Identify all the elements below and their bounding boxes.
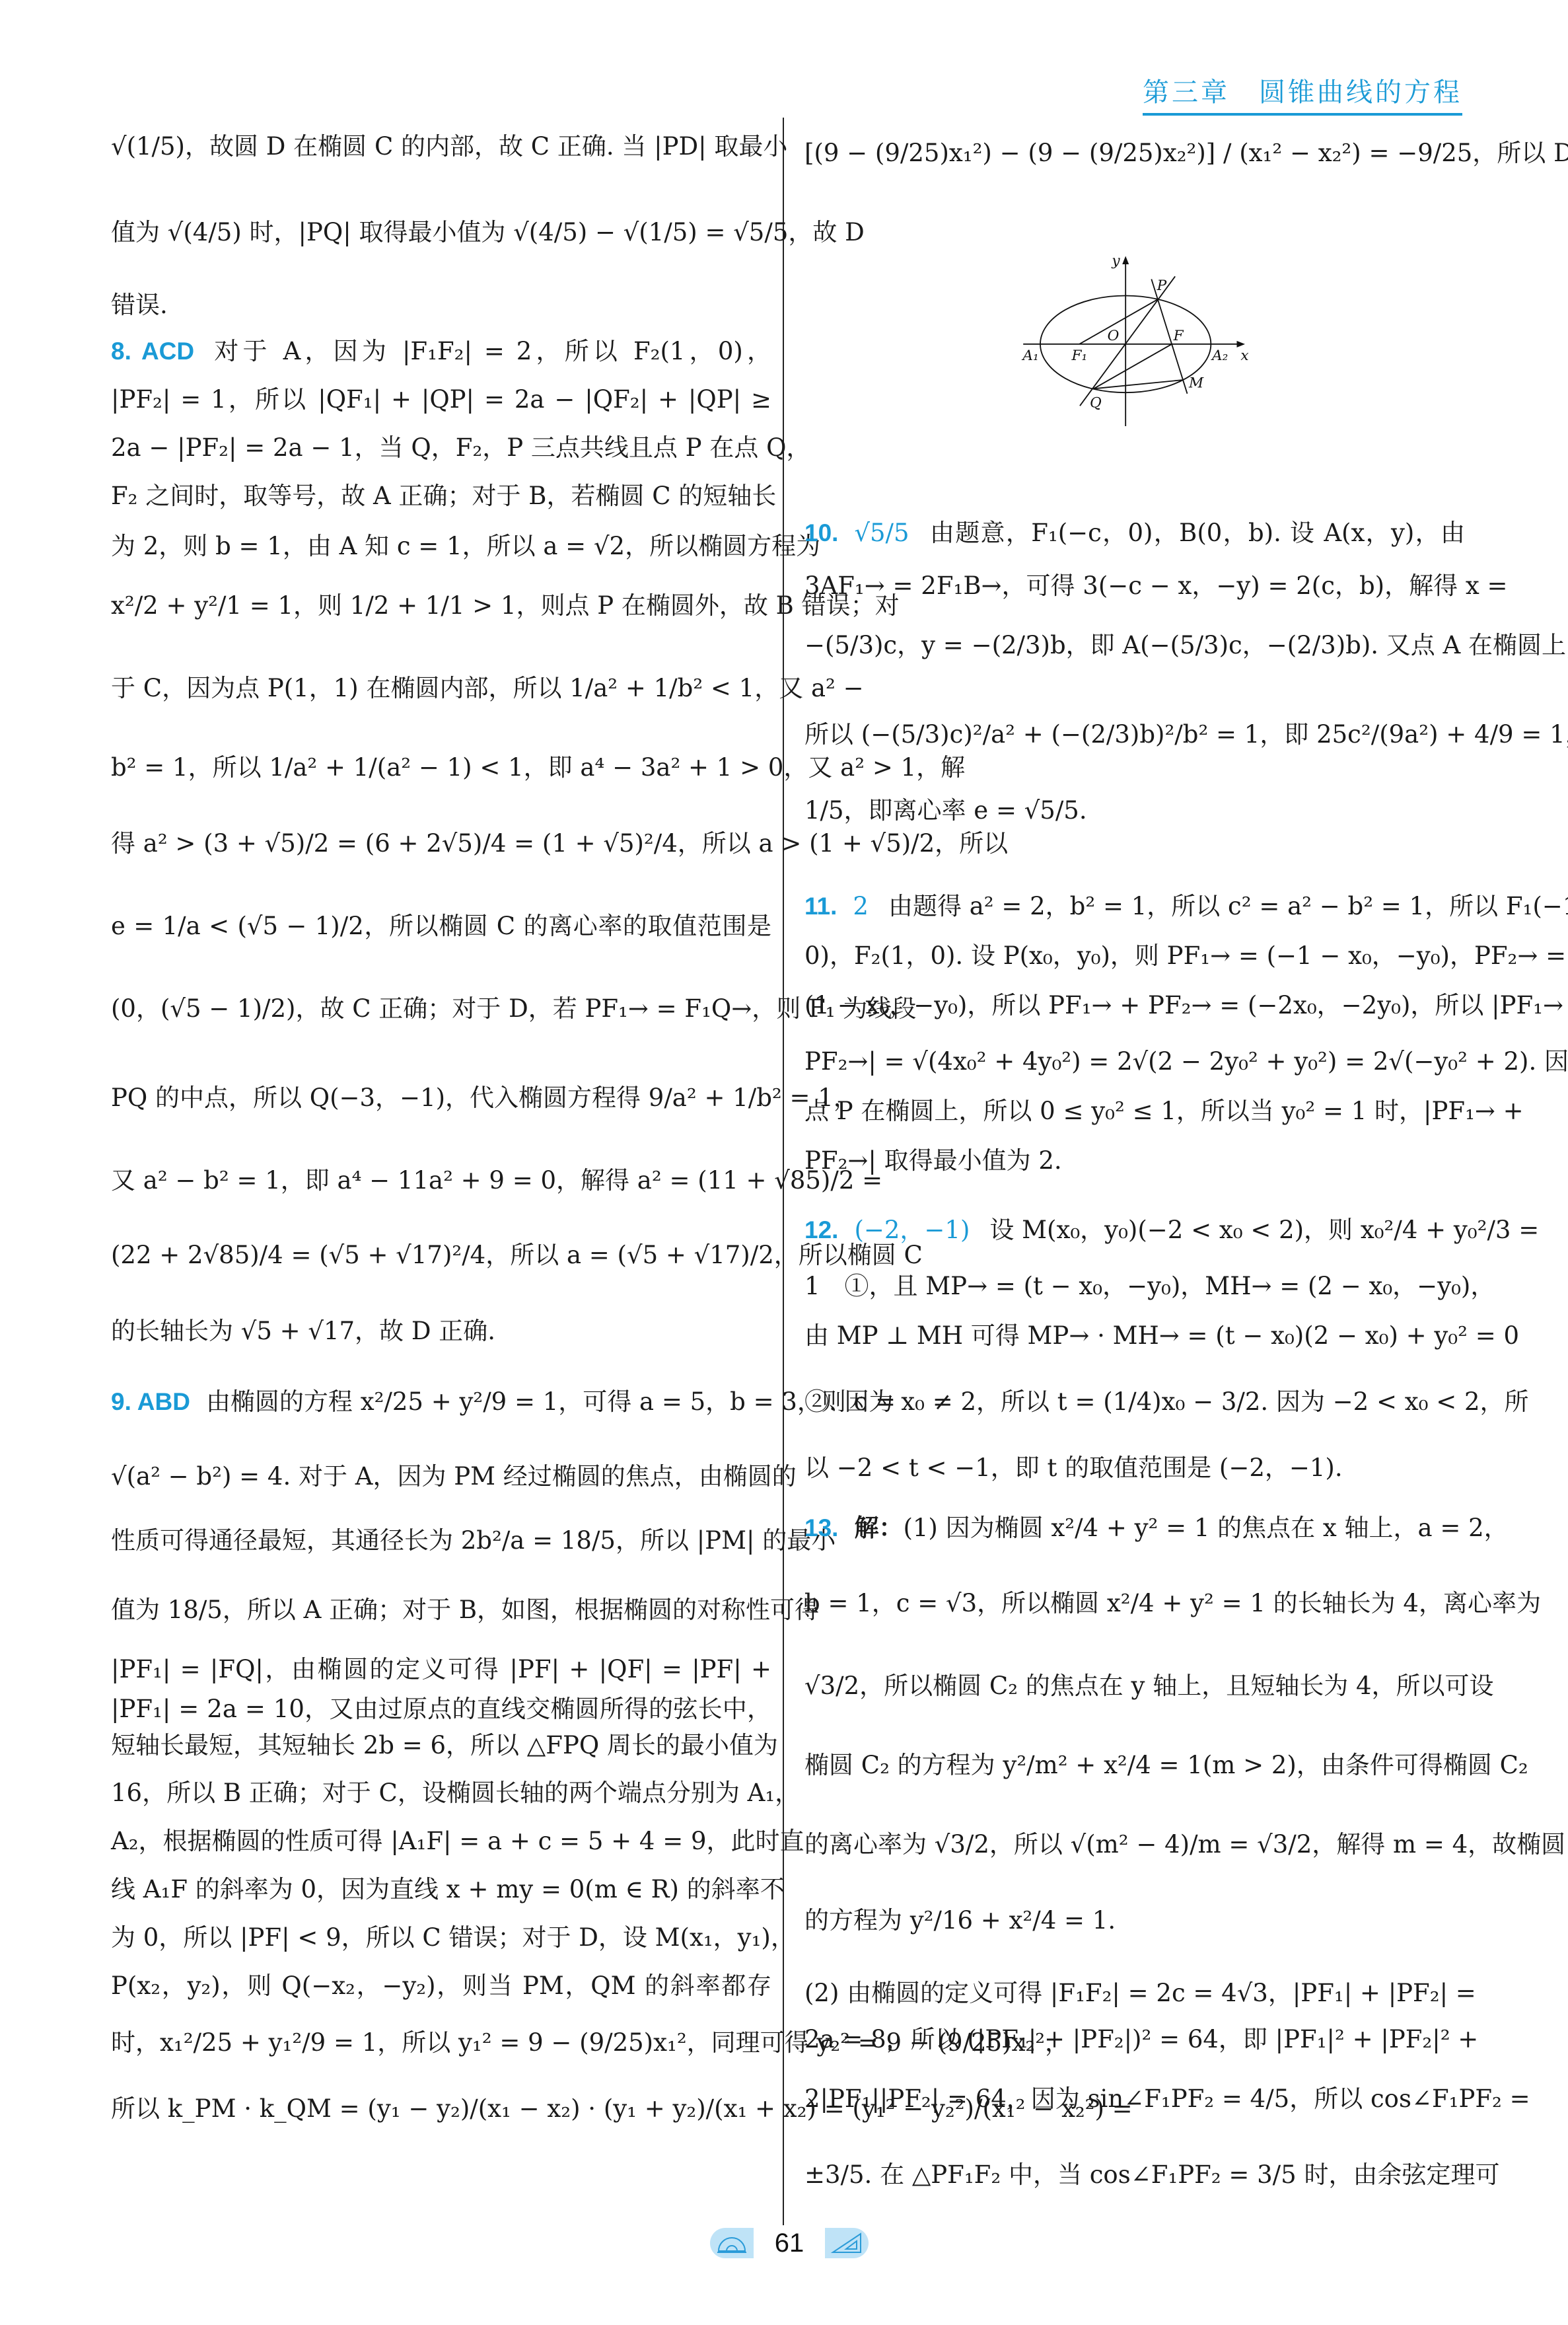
line-text: x²/2 + y²/1 = 1，则 1/2 + 1/1 > 1，则点 P 在椭圆…: [111, 591, 900, 620]
protractor-icon: [710, 2228, 754, 2258]
text-line: 1/5，即离心率 e = √5/5.: [804, 796, 1465, 825]
text-line: b = 1，c = √3，所以椭圆 x²/4 + y² = 1 的长轴长为 4，…: [804, 1589, 1465, 1618]
text-line: 短轴长最短，其短轴长 2b = 6，所以 △FPQ 周长的最小值为: [111, 1731, 771, 1760]
line-text: 0)，F₂(1，0). 设 P(x₀，y₀)，则 PF₁→ = (−1 − x₀…: [804, 941, 1566, 970]
text-line: PQ 的中点，所以 Q(−3，−1)，代入椭圆方程得 9/a² + 1/b² =…: [111, 1084, 771, 1113]
point-p-label: P: [1157, 277, 1167, 294]
text-line: 1 ①，且 MP→ = (t − x₀，−y₀)，MH→ = (2 − x₀，−…: [804, 1272, 1465, 1301]
line-text: 1 ①，且 MP→ = (t − x₀，−y₀)，MH→ = (2 − x₀，−…: [804, 1272, 1495, 1300]
line-text: [(9 − (9/25)x₁²) − (9 − (9/25)x₂²)] / (x…: [804, 139, 1568, 167]
line-text: ②. 因为 x₀ ≠ 2，所以 t = (1/4)x₀ − 3/2. 因为 −2…: [804, 1387, 1529, 1416]
line-text: (1) 因为椭圆 x²/4 + y² = 1 的焦点在 x 轴上，a = 2，: [903, 1514, 1508, 1542]
page-number: 61: [775, 2229, 804, 2258]
line-text: (22 + 2√85)/4 = (√5 + √17)²/4，所以 a = (√5…: [111, 1241, 923, 1269]
line-text: 设 M(x₀，y₀)(−2 < x₀ < 2)，则 x₀²/4 + y₀²/3 …: [989, 1216, 1539, 1244]
text-line: 性质可得通径最短，其通径长为 2b²/a = 18/5，所以 |PM| 的最小: [111, 1526, 771, 1555]
line-text: ±3/5. 在 △PF₁F₂ 中，当 cos∠F₁PF₂ = 3/5 时，由余弦…: [804, 2160, 1499, 2189]
point-m-label: M: [1188, 375, 1204, 392]
text-line: 值为 √(4/5) 时，|PQ| 取得最小值为 √(4/5) − √(1/5) …: [111, 218, 771, 247]
line-text: |PF₂| = 1，所以 |QF₁| + |QP| = 2a − |QF₂| +…: [111, 385, 771, 414]
line-text: 值为 √(4/5) 时，|PQ| 取得最小值为 √(4/5) − √(1/5) …: [111, 218, 865, 246]
text-line: 的长轴长为 √5 + √17，故 D 正确.: [111, 1317, 771, 1346]
text-line: 0)，F₂(1，0). 设 P(x₀，y₀)，则 PF₁→ = (−1 − x₀…: [804, 941, 1465, 971]
text-line: F₂ 之间时，取等号，故 A 正确；对于 B，若椭圆 C 的短轴长: [111, 482, 771, 511]
line-text: (0，(√5 − 1)/2)，故 C 正确；对于 D，若 PF₁→ = F₁Q→…: [111, 994, 916, 1023]
line-text: 为 2，则 b = 1，由 A 知 c = 1，所以 a = √2，所以椭圆方程…: [111, 532, 820, 560]
line-text: 点 P 在椭圆上，所以 0 ≤ y₀² ≤ 1，所以当 y₀² = 1 时，|P…: [804, 1097, 1524, 1125]
text-line: 所以 k_PM · k_QM = (y₁ − y₂)/(x₁ − x₂) · (…: [111, 2094, 771, 2123]
question-line: 9. ABD由椭圆的方程 x²/25 + y²/9 = 1，可得 a = 5，b…: [111, 1387, 771, 1417]
line-text: (1 − x₀，−y₀)，所以 PF₁→ + PF₂→ = (−2x₀，−2y₀…: [804, 991, 1568, 1019]
question-line: 11.2由题得 a² = 2，b² = 1，所以 c² = a² − b² = …: [804, 892, 1465, 921]
text-line: P(x₂，y₂)，则 Q(−x₂，−y₂)，则当 PM，QM 的斜率都存: [111, 1972, 771, 2001]
answer-value: (−2，−1): [854, 1216, 970, 1244]
line-text: |PF₁| = 2a = 10，又由过原点的直线交椭圆所得的弦长中，: [111, 1695, 771, 1723]
question-number: 8. ACD: [111, 338, 194, 365]
line-text: P(x₂，y₂)，则 Q(−x₂，−y₂)，则当 PM，QM 的斜率都存: [111, 1972, 771, 2000]
text-line: √3/2，所以椭圆 C₂ 的焦点在 y 轴上，且短轴长为 4，所以可设: [804, 1672, 1465, 1701]
line-text: (2) 由椭圆的定义可得 |F₁F₂| = 2c = 4√3，|PF₁| + |…: [804, 1979, 1476, 2007]
origin-label: O: [1108, 328, 1120, 344]
question-line: 8. ACD对于 A，因为 |F₁F₂| = 2，所以 F₂(1，0)，: [111, 337, 771, 366]
line-text: √3/2，所以椭圆 C₂ 的焦点在 y 轴上，且短轴长为 4，所以可设: [804, 1672, 1494, 1700]
text-line: 的方程为 y²/16 + x²/4 = 1.: [804, 1906, 1465, 1935]
answer-value: √5/5: [854, 519, 909, 547]
line-text: 的离心率为 √3/2，所以 √(m² − 4)/m = √3/2，解得 m = …: [804, 1830, 1568, 1859]
line-text: 的方程为 y²/16 + x²/4 = 1.: [804, 1906, 1116, 1935]
focus-f1-label: F₁: [1071, 348, 1088, 364]
text-line: −(5/3)c，y = −(2/3)b，即 A(−(5/3)c，−(2/3)b)…: [804, 631, 1465, 660]
text-line: 3AF₁→ = 2F₁B→，可得 3(−c − x，−y) = 2(c，b)，解…: [804, 572, 1465, 601]
line-text: 16，所以 B 正确；对于 C，设椭圆长轴的两个端点分别为 A₁，: [111, 1779, 799, 1807]
text-line: 由 MP ⊥ MH 可得 MP→ · MH→ = (t − x₀)(2 − x₀…: [804, 1321, 1465, 1350]
text-line: 的离心率为 √3/2，所以 √(m² − 4)/m = √3/2，解得 m = …: [804, 1830, 1465, 1859]
text-line: 错误.: [111, 291, 771, 320]
answer-value: 2: [853, 892, 869, 920]
line-text: b² = 1，所以 1/a² + 1/(a² − 1) < 1，即 a⁴ − 3…: [111, 753, 965, 782]
line-text: 2a − |PF₂| = 2a − 1，当 Q，F₂，P 三点共线且点 P 在点…: [111, 433, 810, 462]
text-line: 为 0，所以 |PF| < 9，所以 C 错误；对于 D，设 M(x₁，y₁)，: [111, 1923, 771, 1952]
text-line: 为 2，则 b = 1，由 A 知 c = 1，所以 a = √2，所以椭圆方程…: [111, 532, 771, 561]
question-number: 12.: [804, 1216, 838, 1243]
text-line: |PF₂| = 1，所以 |QF₁| + |QP| = 2a − |QF₂| +…: [111, 385, 771, 414]
question-number: 13.: [804, 1514, 838, 1541]
text-line: 点 P 在椭圆上，所以 0 ≤ y₀² ≤ 1，所以当 y₀² = 1 时，|P…: [804, 1097, 1465, 1126]
line-text: √(a² − b²) = 4. 对于 A，因为 PM 经过椭圆的焦点，由椭圆的: [111, 1462, 797, 1491]
line-text: 3AF₁→ = 2F₁B→，可得 3(−c − x，−y) = 2(c，b)，解…: [804, 572, 1507, 600]
page-footer: 61: [710, 2230, 869, 2256]
text-line: b² = 1，所以 1/a² + 1/(a² − 1) < 1，即 a⁴ − 3…: [111, 753, 771, 782]
line-text: e = 1/a < (√5 − 1)/2，所以椭圆 C 的离心率的取值范围是: [111, 912, 771, 940]
text-line: 以 −2 < t < −1，即 t 的取值范围是 (−2，−1).: [804, 1454, 1465, 1483]
text-line: (2) 由椭圆的定义可得 |F₁F₂| = 2c = 4√3，|PF₁| + |…: [804, 1979, 1465, 2008]
text-line: x²/2 + y²/1 = 1，则 1/2 + 1/1 > 1，则点 P 在椭圆…: [111, 591, 771, 620]
line-text: 由椭圆的方程 x²/25 + y²/9 = 1，可得 a = 5，b = 3，则…: [206, 1387, 896, 1416]
question-number: 9. ABD: [111, 1388, 190, 1415]
text-line: √(1/5)，故圆 D 在椭圆 C 的内部，故 C 正确. 当 |PD| 取最小: [111, 132, 771, 161]
text-line: 得 a² > (3 + √5)/2 = (6 + 2√5)/4 = (1 + √…: [111, 829, 771, 858]
chapter-header: 第三章 圆锥曲线的方程: [1143, 71, 1462, 116]
text-line: (1 − x₀，−y₀)，所以 PF₁→ + PF₂→ = (−2x₀，−2y₀…: [804, 991, 1465, 1020]
text-line: (22 + 2√85)/4 = (√5 + √17)²/4，所以 a = (√5…: [111, 1241, 771, 1270]
line-text: A₂，根据椭圆的性质可得 |A₁F| = a + c = 5 + 4 = 9，此…: [111, 1827, 804, 1855]
text-line: 所以 (−(5/3)c)²/a² + (−(2/3)b)²/b² = 1，即 2…: [804, 720, 1465, 749]
text-line: PF₂→| 取得最小值为 2.: [804, 1146, 1465, 1175]
line-text: PQ 的中点，所以 Q(−3，−1)，代入椭圆方程得 9/a² + 1/b² =…: [111, 1084, 858, 1112]
line-text: 由题意，F₁(−c，0)，B(0，b). 设 A(x，y)，由: [929, 519, 1465, 547]
set-square-icon: [825, 2228, 869, 2258]
text-line: A₂，根据椭圆的性质可得 |A₁F| = a + c = 5 + 4 = 9，此…: [111, 1827, 771, 1856]
text-line: 2a − |PF₂| = 2a − 1，当 Q，F₂，P 三点共线且点 P 在点…: [111, 433, 771, 462]
text-line: ②. 因为 x₀ ≠ 2，所以 t = (1/4)x₀ − 3/2. 因为 −2…: [804, 1387, 1465, 1417]
solution-label: 解：: [854, 1513, 903, 1542]
text-line: e = 1/a < (√5 − 1)/2，所以椭圆 C 的离心率的取值范围是: [111, 912, 771, 941]
text-line: 又 a² − b² = 1，即 a⁴ − 11a² + 9 = 0，解得 a² …: [111, 1166, 771, 1195]
line-text: 短轴长最短，其短轴长 2b = 6，所以 △FPQ 周长的最小值为: [111, 1731, 778, 1759]
line-text: 又 a² − b² = 1，即 a⁴ − 11a² + 9 = 0，解得 a² …: [111, 1166, 882, 1195]
line-text: 以 −2 < t < −1，即 t 的取值范围是 (−2，−1).: [804, 1454, 1343, 1482]
text-line: |PF₁| = |FQ|，由椭圆的定义可得 |PF| + |QF| = |PF|…: [111, 1655, 771, 1684]
line-text: √(1/5)，故圆 D 在椭圆 C 的内部，故 C 正确. 当 |PD| 取最小: [111, 132, 787, 161]
text-line: 2|PF₁||PF₂| = 64，因为 sin∠F₁PF₂ = 4/5，所以 c…: [804, 2085, 1465, 2114]
line-text: 性质可得通径最短，其通径长为 2b²/a = 18/5，所以 |PM| 的最小: [111, 1526, 836, 1555]
line-text: 由 MP ⊥ MH 可得 MP→ · MH→ = (t − x₀)(2 − x₀…: [804, 1321, 1519, 1350]
line-text: 错误.: [111, 291, 168, 319]
line-text: 1/5，即离心率 e = √5/5.: [804, 796, 1087, 825]
line-text: 值为 18/5，所以 A 正确；对于 B，如图，根据椭圆的对称性可得: [111, 1596, 819, 1624]
text-line: ±3/5. 在 △PF₁F₂ 中，当 cos∠F₁PF₂ = 3/5 时，由余弦…: [804, 2160, 1465, 2190]
text-line: 16，所以 B 正确；对于 C，设椭圆长轴的两个端点分别为 A₁，: [111, 1779, 771, 1808]
y-axis-label: y: [1111, 253, 1120, 270]
text-line: 值为 18/5，所以 A 正确；对于 B，如图，根据椭圆的对称性可得: [111, 1596, 771, 1625]
question-line: 12.(−2，−1)设 M(x₀，y₀)(−2 < x₀ < 2)，则 x₀²/…: [804, 1216, 1465, 1245]
question-number: 11.: [804, 893, 837, 920]
line-text: b = 1，c = √3，所以椭圆 x²/4 + y² = 1 的长轴长为 4，…: [804, 1589, 1541, 1617]
line-text: |PF₁| = |FQ|，由椭圆的定义可得 |PF| + |QF| = |PF|…: [111, 1655, 771, 1683]
question-line: 13.解：(1) 因为椭圆 x²/4 + y² = 1 的焦点在 x 轴上，a …: [804, 1513, 1465, 1543]
line-text: 2|PF₁||PF₂| = 64，因为 sin∠F₁PF₂ = 4/5，所以 c…: [804, 2085, 1530, 2113]
question-line: 10.√5/5由题意，F₁(−c，0)，B(0，b). 设 A(x，y)，由: [804, 519, 1465, 548]
text-line: 2a = 8，所以 (|PF₁| + |PF₂|)² = 64，即 |PF₁|²…: [804, 2025, 1465, 2054]
line-text: F₂ 之间时，取等号，故 A 正确；对于 B，若椭圆 C 的短轴长: [111, 482, 776, 510]
line-text: 的长轴长为 √5 + √17，故 D 正确.: [111, 1317, 495, 1345]
text-line: [(9 − (9/25)x₁²) − (9 − (9/25)x₂²)] / (x…: [804, 139, 1465, 168]
text-line: 线 A₁F 的斜率为 0，因为直线 x + my = 0(m ∈ R) 的斜率不: [111, 1875, 771, 1904]
line-text: 于 C，因为点 P(1，1) 在椭圆内部，所以 1/a² + 1/b² < 1，…: [111, 674, 864, 702]
line-text: 得 a² > (3 + √5)/2 = (6 + 2√5)/4 = (1 + √…: [111, 829, 1008, 858]
line-text: 对于 A，因为 |F₁F₂| = 2，所以 F₂(1，0)，: [210, 337, 771, 365]
text-line: 于 C，因为点 P(1，1) 在椭圆内部，所以 1/a² + 1/b² < 1，…: [111, 674, 771, 703]
line-text: −(5/3)c，y = −(2/3)b，即 A(−(5/3)c，−(2/3)b)…: [804, 631, 1568, 659]
vertex-a1-label: A₁: [1021, 348, 1038, 364]
line-text: 由题得 a² = 2，b² = 1，所以 c² = a² − b² = 1，所以…: [888, 892, 1568, 920]
text-line: 时，x₁²/25 + y₁²/9 = 1，所以 y₁² = 9 − (9/25)…: [111, 2028, 771, 2057]
text-line: |PF₁| = 2a = 10，又由过原点的直线交椭圆所得的弦长中，: [111, 1695, 771, 1724]
vertex-a2-label: A₂: [1211, 348, 1228, 364]
text-line: √(a² − b²) = 4. 对于 A，因为 PM 经过椭圆的焦点，由椭圆的: [111, 1462, 771, 1491]
line-text: PF₂→| = √(4x₀² + 4y₀²) = 2√(2 − 2y₀² + y…: [804, 1047, 1568, 1076]
line-text: 线 A₁F 的斜率为 0，因为直线 x + my = 0(m ∈ R) 的斜率不: [111, 1875, 785, 1903]
line-text: PF₂→| 取得最小值为 2.: [804, 1146, 1062, 1175]
ellipse-figure: y x P O F A₁ F₁ A₂ M Q: [984, 238, 1275, 436]
question-number: 10.: [804, 519, 838, 546]
text-line: (0，(√5 − 1)/2)，故 C 正确；对于 D，若 PF₁→ = F₁Q→…: [111, 994, 771, 1023]
line-text: 2a = 8，所以 (|PF₁| + |PF₂|)² = 64，即 |PF₁|²…: [804, 2025, 1478, 2053]
x-axis-label: x: [1240, 348, 1248, 364]
line-text: 为 0，所以 |PF| < 9，所以 C 错误；对于 D，设 M(x₁，y₁)，: [111, 1923, 795, 1952]
line-text: 椭圆 C₂ 的方程为 y²/m² + x²/4 = 1(m > 2)，由条件可得…: [804, 1751, 1528, 1779]
text-line: PF₂→| = √(4x₀² + 4y₀²) = 2√(2 − 2y₀² + y…: [804, 1047, 1465, 1076]
ellipse-diagram-svg: y x P O F A₁ F₁ A₂ M Q: [984, 238, 1275, 436]
point-q-label: Q: [1090, 395, 1102, 412]
text-line: 椭圆 C₂ 的方程为 y²/m² + x²/4 = 1(m > 2)，由条件可得…: [804, 1751, 1465, 1780]
line-text: 所以 (−(5/3)c)²/a² + (−(2/3)b)²/b² = 1，即 2…: [804, 720, 1568, 749]
focus-f-label: F: [1173, 328, 1184, 344]
